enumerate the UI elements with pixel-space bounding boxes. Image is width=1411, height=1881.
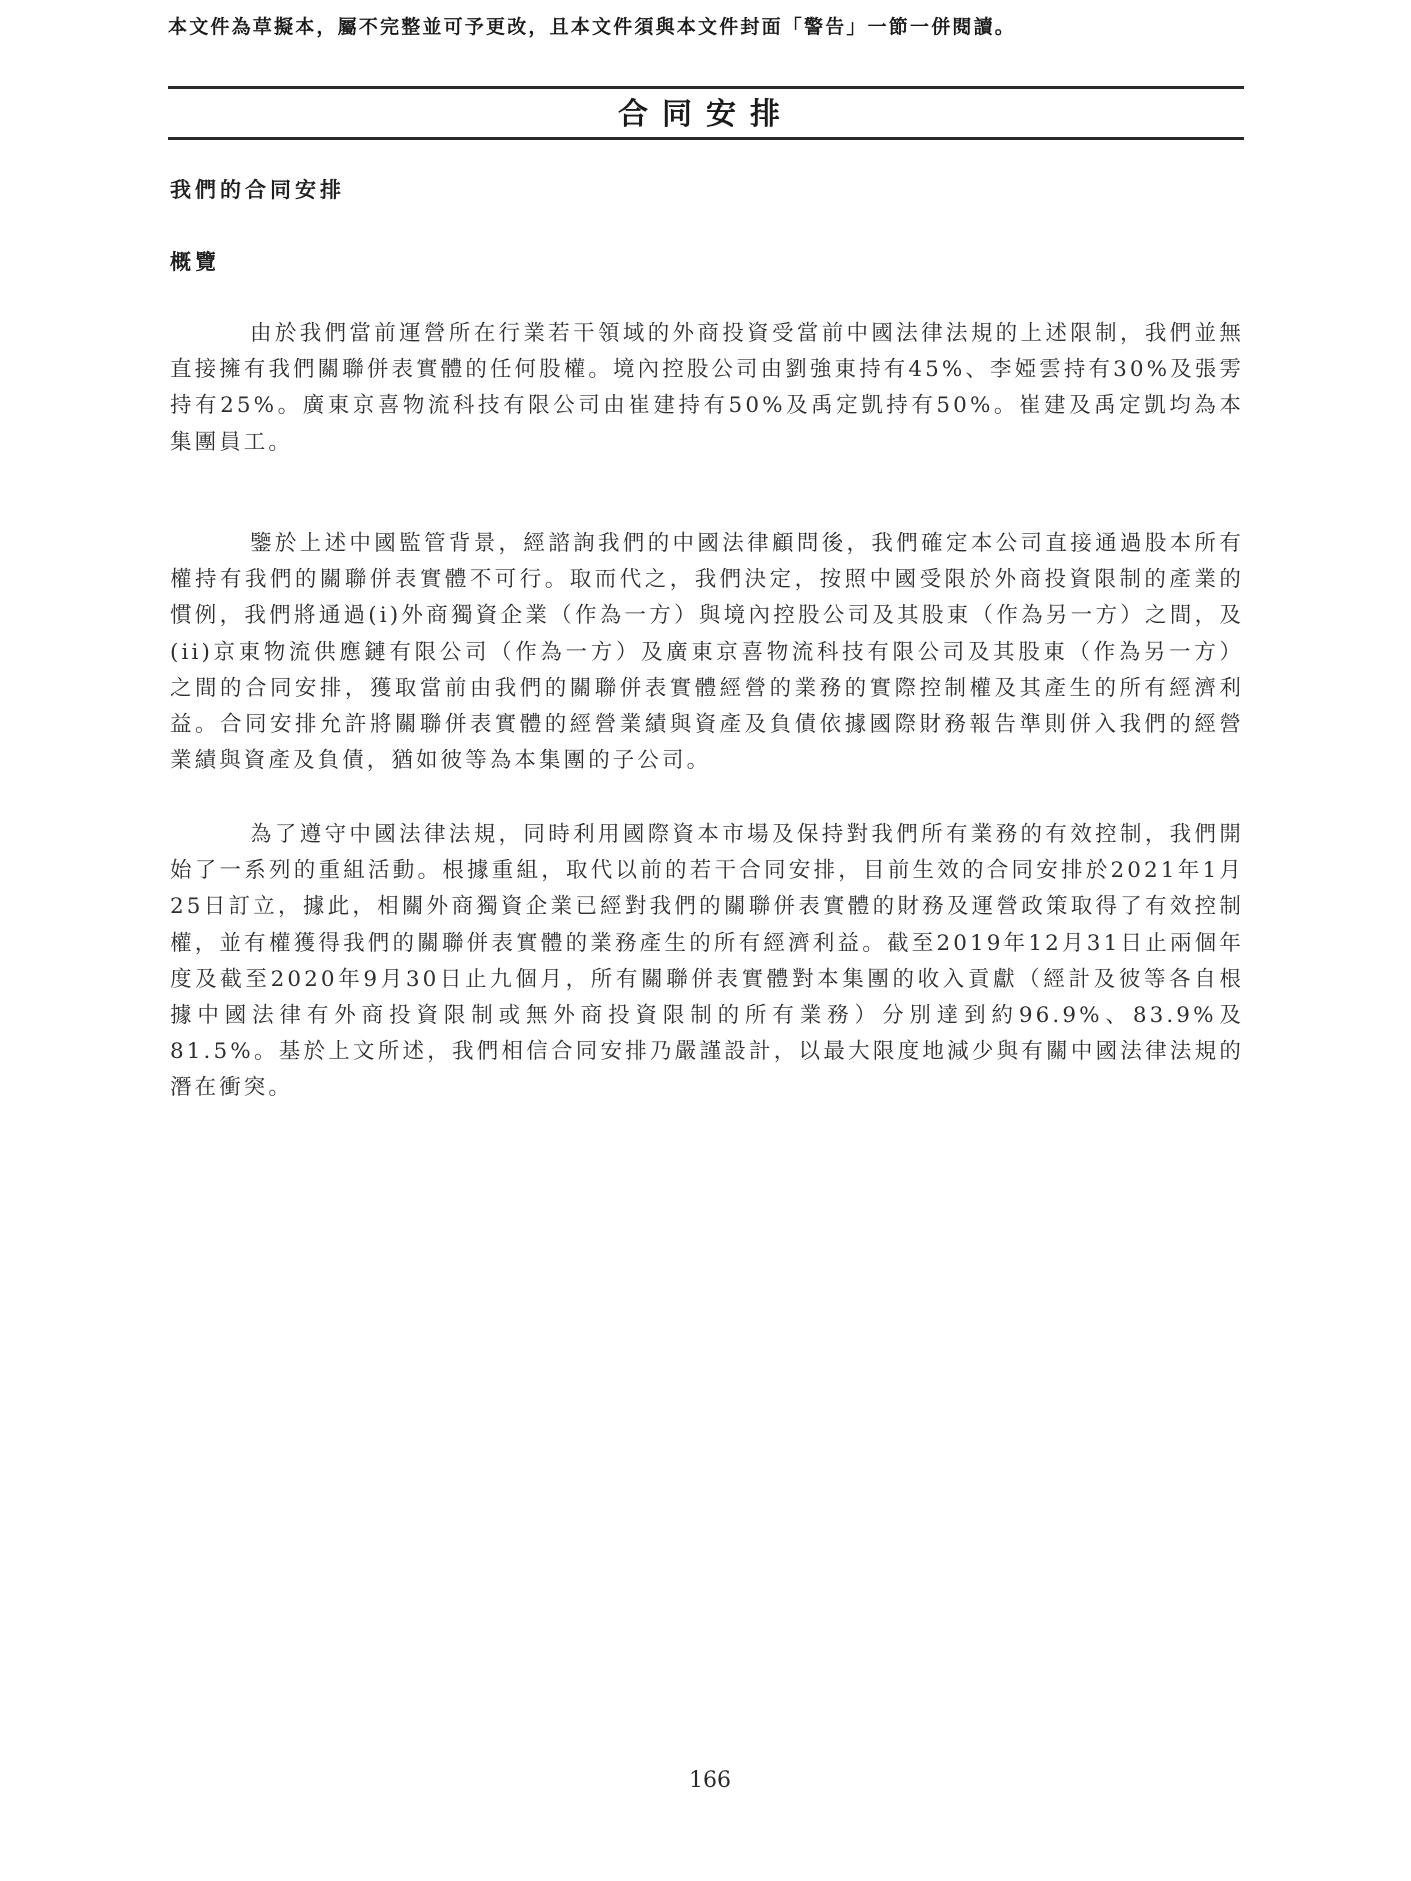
paragraph-1: 由於我們當前運營所在行業若干領域的外商投資受當前中國法律法規的上述限制，我們並無… [170, 316, 1244, 461]
paragraph-2: 鑒於上述中國監管背景，經諮詢我們的中國法律顧問後，我們確定本公司直接通過股本所有… [170, 526, 1244, 779]
title-top-rule [168, 86, 1244, 89]
page-number: 166 [600, 1768, 820, 1793]
heading-overview: 概覽 [170, 248, 220, 276]
draft-warning-banner: 本文件為草擬本，屬不完整並可予更改，且本文件須與本文件封面「警告」一節一併閱讀。 [168, 14, 1248, 40]
paragraph-3: 為了遵守中國法律法規，同時利用國際資本市場及保持對我們所有業務的有效控制，我們開… [170, 817, 1244, 1107]
title-bottom-rule [168, 137, 1244, 140]
section-title: 合同安排 [168, 96, 1244, 134]
heading-our-contractual-arrangements: 我們的合同安排 [170, 176, 345, 204]
